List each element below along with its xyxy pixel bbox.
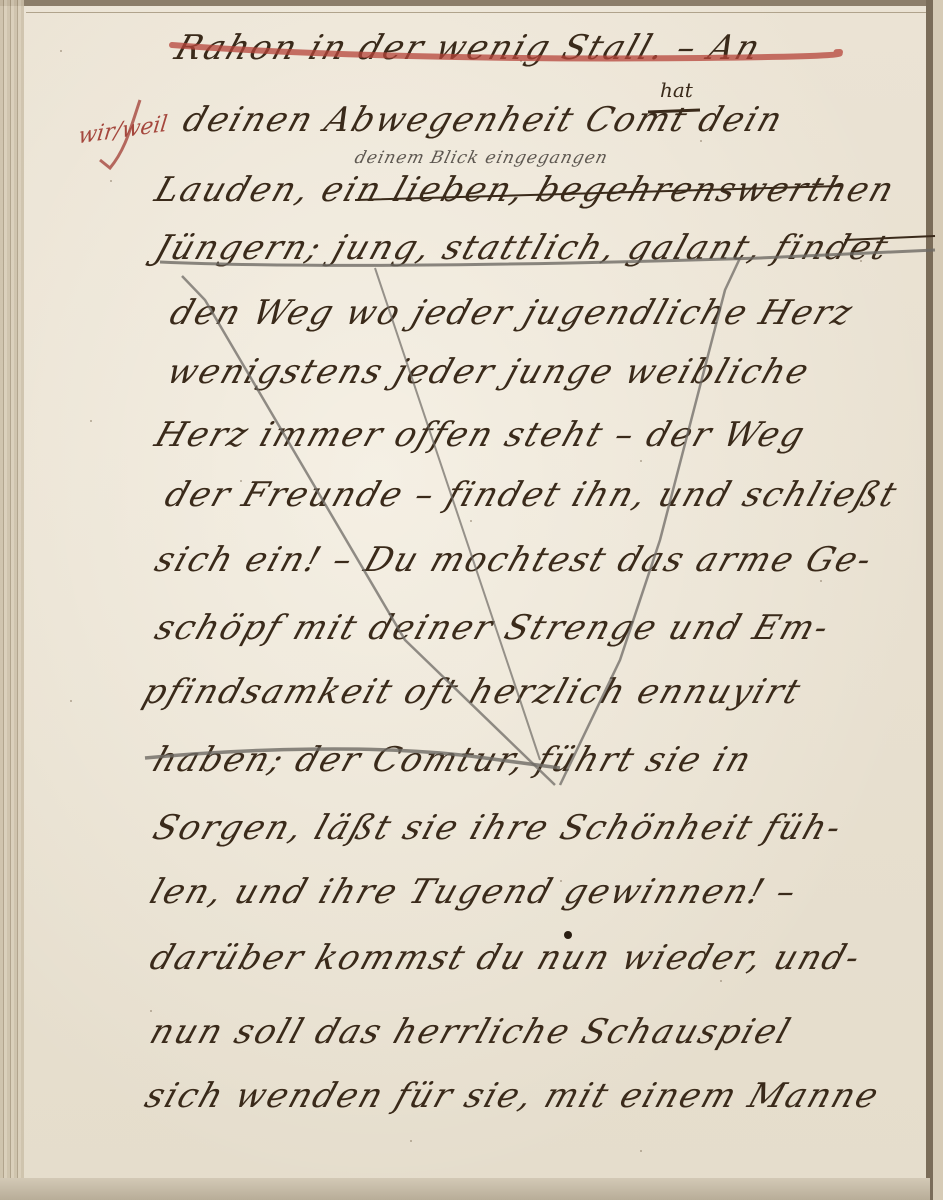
- pencil-v-right-edge: [560, 258, 740, 785]
- ink-underline: [355, 186, 840, 200]
- annotation-strokes: [0, 0, 943, 1200]
- ink-strike-findet: [845, 236, 935, 240]
- ink-strike-word: [648, 110, 700, 112]
- pencil-strike-line-12: [145, 749, 560, 768]
- manuscript-page: Rahon in der wenig Stall. – An deinen Ab…: [0, 0, 943, 1200]
- ink-blot: [564, 931, 572, 939]
- red-bracket-stroke: [100, 100, 140, 168]
- red-strikethrough: [172, 45, 840, 58]
- pencil-v-inner-edge: [375, 268, 540, 760]
- pencil-v-left-edge: [182, 276, 555, 785]
- pencil-strike-line-4: [160, 250, 935, 265]
